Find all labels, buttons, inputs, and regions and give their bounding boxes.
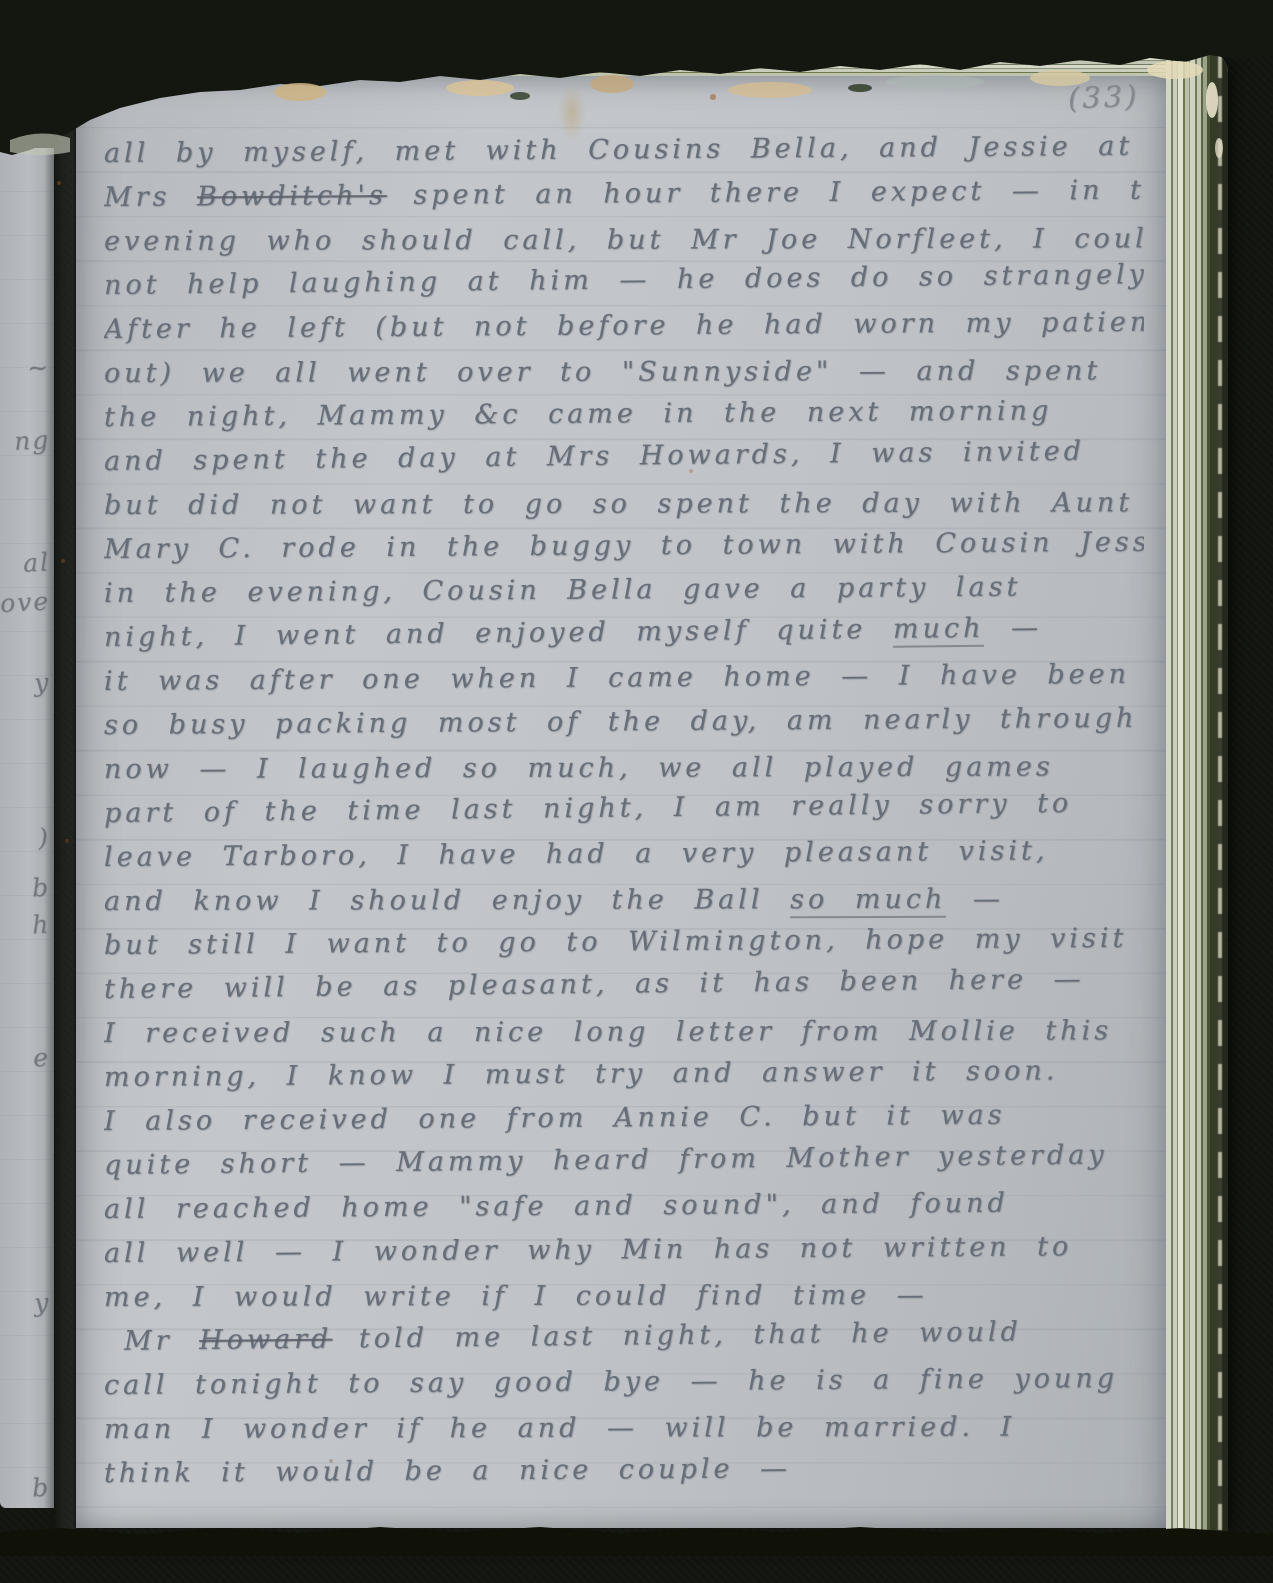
diary-text-segment: Mr xyxy=(124,1325,199,1357)
diary-text-segment: all well — I wonder why Min has not writ… xyxy=(104,1231,1072,1269)
diary-text-segment: but did not want to go so spent the day … xyxy=(104,487,1133,521)
torn-edge-highlight xyxy=(1218,52,1222,1538)
page-edges-top xyxy=(76,52,1228,76)
diary-text-segment: so busy packing most of the day, am near… xyxy=(104,703,1137,741)
diary-text-segment: After he left (but not before he had wor… xyxy=(104,306,1144,345)
diary-text-segment: I received such a nice long letter from … xyxy=(104,1015,1112,1049)
diary-line: Mary C. rode in the buggy to town with C… xyxy=(104,521,1144,572)
diary-text-segment: — xyxy=(946,884,1004,915)
diary-text-segment: in the evening, Cousin Bella gave a part… xyxy=(104,572,1021,609)
page-edges-right xyxy=(1166,52,1228,1538)
diary-text-segment: the night, Mammy &c came in the next mor… xyxy=(104,395,1052,433)
paper-surface: (33) all by myself, met with Cousins Bel… xyxy=(76,76,1166,1528)
diary-line: morning, I know I must try and answer it… xyxy=(104,1049,1144,1100)
diary-line: so busy packing most of the day, am near… xyxy=(104,697,1144,748)
diary-text-segment: there will be as pleasant, as it has bee… xyxy=(104,964,1085,1005)
diary-text-segment: spent an hour there I expect — in the xyxy=(387,174,1144,211)
diary-line: call tonight to say good bye — he is a f… xyxy=(104,1357,1144,1408)
diary-text-segment: all by myself, met with Cousins Bella, a… xyxy=(104,132,1133,169)
diary-text-segment: so much xyxy=(790,884,946,918)
diary-line: Mrs Bowditch's spent an hour there I exp… xyxy=(104,169,1144,220)
diary-text-segment: and spent the day at Mrs Howards, I was … xyxy=(104,436,1085,477)
diary-lines: all by myself, met with Cousins Bella, a… xyxy=(104,132,1144,1528)
diary-text-segment: it was after one when I came home — I ha… xyxy=(104,659,1130,697)
diary-line: leave Tarboro, I have had a very pleasan… xyxy=(104,829,1144,880)
diary-text-segment: much xyxy=(893,613,985,648)
diary-text-segment: I also received one from Annie C. but it… xyxy=(104,1100,1006,1137)
diary-text-segment: all reached home "safe and sound", and f… xyxy=(104,1188,1009,1225)
diary-text-segment: and know I should enjoy the Ball xyxy=(104,884,790,917)
diary-line: After he left (but not before he had wor… xyxy=(104,301,1144,352)
diary-text-segment: now — I laughed so much, we all played g… xyxy=(104,752,1054,785)
diary-text-segment: leave Tarboro, I have had a very pleasan… xyxy=(104,835,1049,873)
diary-text-segment: evening who should call, but Mr Joe Norf… xyxy=(104,223,1144,257)
diary-line: it was after one when I came home — I ha… xyxy=(104,653,1144,704)
diary-text-segment: Mrs xyxy=(104,181,197,213)
diary-text-segment: not help laughing at him — he does do so… xyxy=(104,258,1144,301)
diary-line: all well — I wonder why Min has not writ… xyxy=(104,1225,1144,1276)
diary-text-segment: morning, I know I must try and answer it… xyxy=(104,1055,1058,1093)
diary-text-segment: but still I want to go to Wilmington, ho… xyxy=(104,923,1127,961)
diary-text-segment: man I wonder if he and — will be married… xyxy=(104,1412,1015,1445)
diary-text-segment: call tonight to say good bye — he is a f… xyxy=(104,1363,1118,1401)
diary-text-segment: me, I would write if I could find time — xyxy=(104,1280,928,1313)
diary-text-segment: Mary C. rode in the buggy to town with C… xyxy=(104,527,1144,565)
diary-text-segment: night, I went and enjoyed myself quite xyxy=(104,614,893,653)
diary-text-segment: part of the time last night, I am really… xyxy=(104,788,1072,829)
scanned-diary-page: ~ngallovey)bheyb (33) all by myself, met… xyxy=(0,0,1273,1583)
book-gutter xyxy=(44,56,80,1534)
diary-text-segment: Howard xyxy=(199,1324,333,1356)
diary-text-segment: out) we all went over to "Sunnyside" — a… xyxy=(104,355,1101,389)
diary-text-segment: quite short — Mammy heard from Mother ye… xyxy=(104,1139,1108,1181)
diary-text-segment: told me last night, that he would xyxy=(332,1316,1022,1354)
diary-line: think it would be a nice couple — xyxy=(104,1445,1144,1496)
diary-page: (33) all by myself, met with Cousins Bel… xyxy=(76,52,1228,1538)
diary-line: all reached home "safe and sound", and f… xyxy=(104,1181,1144,1232)
diary-text-segment: — xyxy=(984,612,1042,644)
diary-text-segment: think it would be a nice couple — xyxy=(104,1453,791,1489)
page-number: (33) xyxy=(1068,79,1141,115)
diary-text-segment: Bowditch's xyxy=(197,180,387,212)
stain-specks xyxy=(0,0,2,2)
